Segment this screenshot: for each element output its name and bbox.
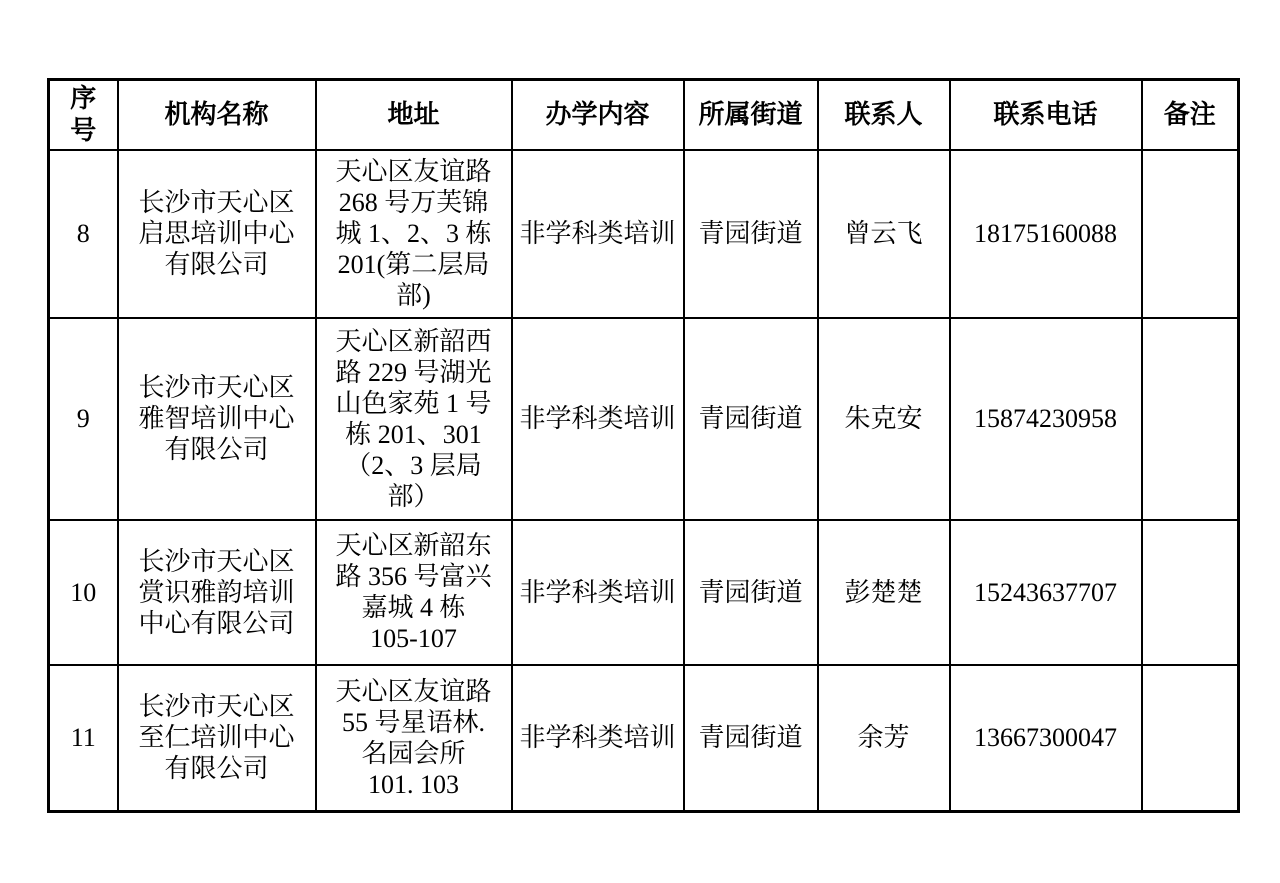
cell-serial-number: 11 bbox=[49, 665, 118, 812]
cell-contact-person: 曾云飞 bbox=[818, 150, 950, 318]
header-remarks: 备注 bbox=[1142, 80, 1239, 150]
cell-institution-name: 长沙市天心区 启思培训中心 有限公司 bbox=[118, 150, 316, 318]
cell-contact-phone: 15243637707 bbox=[950, 520, 1142, 665]
cell-contact-person: 彭楚楚 bbox=[818, 520, 950, 665]
cell-remarks bbox=[1142, 520, 1239, 665]
cell-address: 天心区友谊路 268 号万芙锦 城 1、2、3 栋 201(第二层局 部) bbox=[316, 150, 512, 318]
cell-remarks bbox=[1142, 318, 1239, 520]
cell-remarks bbox=[1142, 150, 1239, 318]
cell-street: 青园街道 bbox=[684, 520, 818, 665]
cell-contact-phone: 13667300047 bbox=[950, 665, 1142, 812]
cell-address: 天心区新韶西 路 229 号湖光 山色家苑 1 号 栋 201、301 （2、3… bbox=[316, 318, 512, 520]
cell-teaching-content: 非学科类培训 bbox=[512, 150, 684, 318]
cell-contact-person: 朱克安 bbox=[818, 318, 950, 520]
header-teaching-content: 办学内容 bbox=[512, 80, 684, 150]
table-row: 8 长沙市天心区 启思培训中心 有限公司 天心区友谊路 268 号万芙锦 城 1… bbox=[49, 150, 1239, 318]
cell-remarks bbox=[1142, 665, 1239, 812]
cell-contact-phone: 18175160088 bbox=[950, 150, 1142, 318]
document-page: 序 号 机构名称 地址 办学内容 所属街道 联系人 联系电话 备注 8 长沙市天… bbox=[0, 0, 1280, 883]
table-row: 9 长沙市天心区 雅智培训中心 有限公司 天心区新韶西 路 229 号湖光 山色… bbox=[49, 318, 1239, 520]
header-contact-person: 联系人 bbox=[818, 80, 950, 150]
cell-serial-number: 10 bbox=[49, 520, 118, 665]
header-street: 所属街道 bbox=[684, 80, 818, 150]
header-contact-phone: 联系电话 bbox=[950, 80, 1142, 150]
cell-serial-number: 9 bbox=[49, 318, 118, 520]
header-institution-name: 机构名称 bbox=[118, 80, 316, 150]
table-row: 10 长沙市天心区 赏识雅韵培训 中心有限公司 天心区新韶东 路 356 号富兴… bbox=[49, 520, 1239, 665]
table-header-row: 序 号 机构名称 地址 办学内容 所属街道 联系人 联系电话 备注 bbox=[49, 80, 1239, 150]
cell-teaching-content: 非学科类培训 bbox=[512, 318, 684, 520]
cell-institution-name: 长沙市天心区 赏识雅韵培训 中心有限公司 bbox=[118, 520, 316, 665]
cell-street: 青园街道 bbox=[684, 665, 818, 812]
cell-teaching-content: 非学科类培训 bbox=[512, 665, 684, 812]
cell-serial-number: 8 bbox=[49, 150, 118, 318]
header-serial-number: 序 号 bbox=[49, 80, 118, 150]
cell-street: 青园街道 bbox=[684, 150, 818, 318]
cell-address: 天心区新韶东 路 356 号富兴 嘉城 4 栋 105-107 bbox=[316, 520, 512, 665]
cell-contact-phone: 15874230958 bbox=[950, 318, 1142, 520]
cell-contact-person: 余芳 bbox=[818, 665, 950, 812]
institutions-table: 序 号 机构名称 地址 办学内容 所属街道 联系人 联系电话 备注 8 长沙市天… bbox=[47, 78, 1240, 813]
cell-street: 青园街道 bbox=[684, 318, 818, 520]
cell-address: 天心区友谊路 55 号星语林. 名园会所 101. 103 bbox=[316, 665, 512, 812]
cell-institution-name: 长沙市天心区 至仁培训中心 有限公司 bbox=[118, 665, 316, 812]
cell-teaching-content: 非学科类培训 bbox=[512, 520, 684, 665]
table-row: 11 长沙市天心区 至仁培训中心 有限公司 天心区友谊路 55 号星语林. 名园… bbox=[49, 665, 1239, 812]
header-address: 地址 bbox=[316, 80, 512, 150]
cell-institution-name: 长沙市天心区 雅智培训中心 有限公司 bbox=[118, 318, 316, 520]
